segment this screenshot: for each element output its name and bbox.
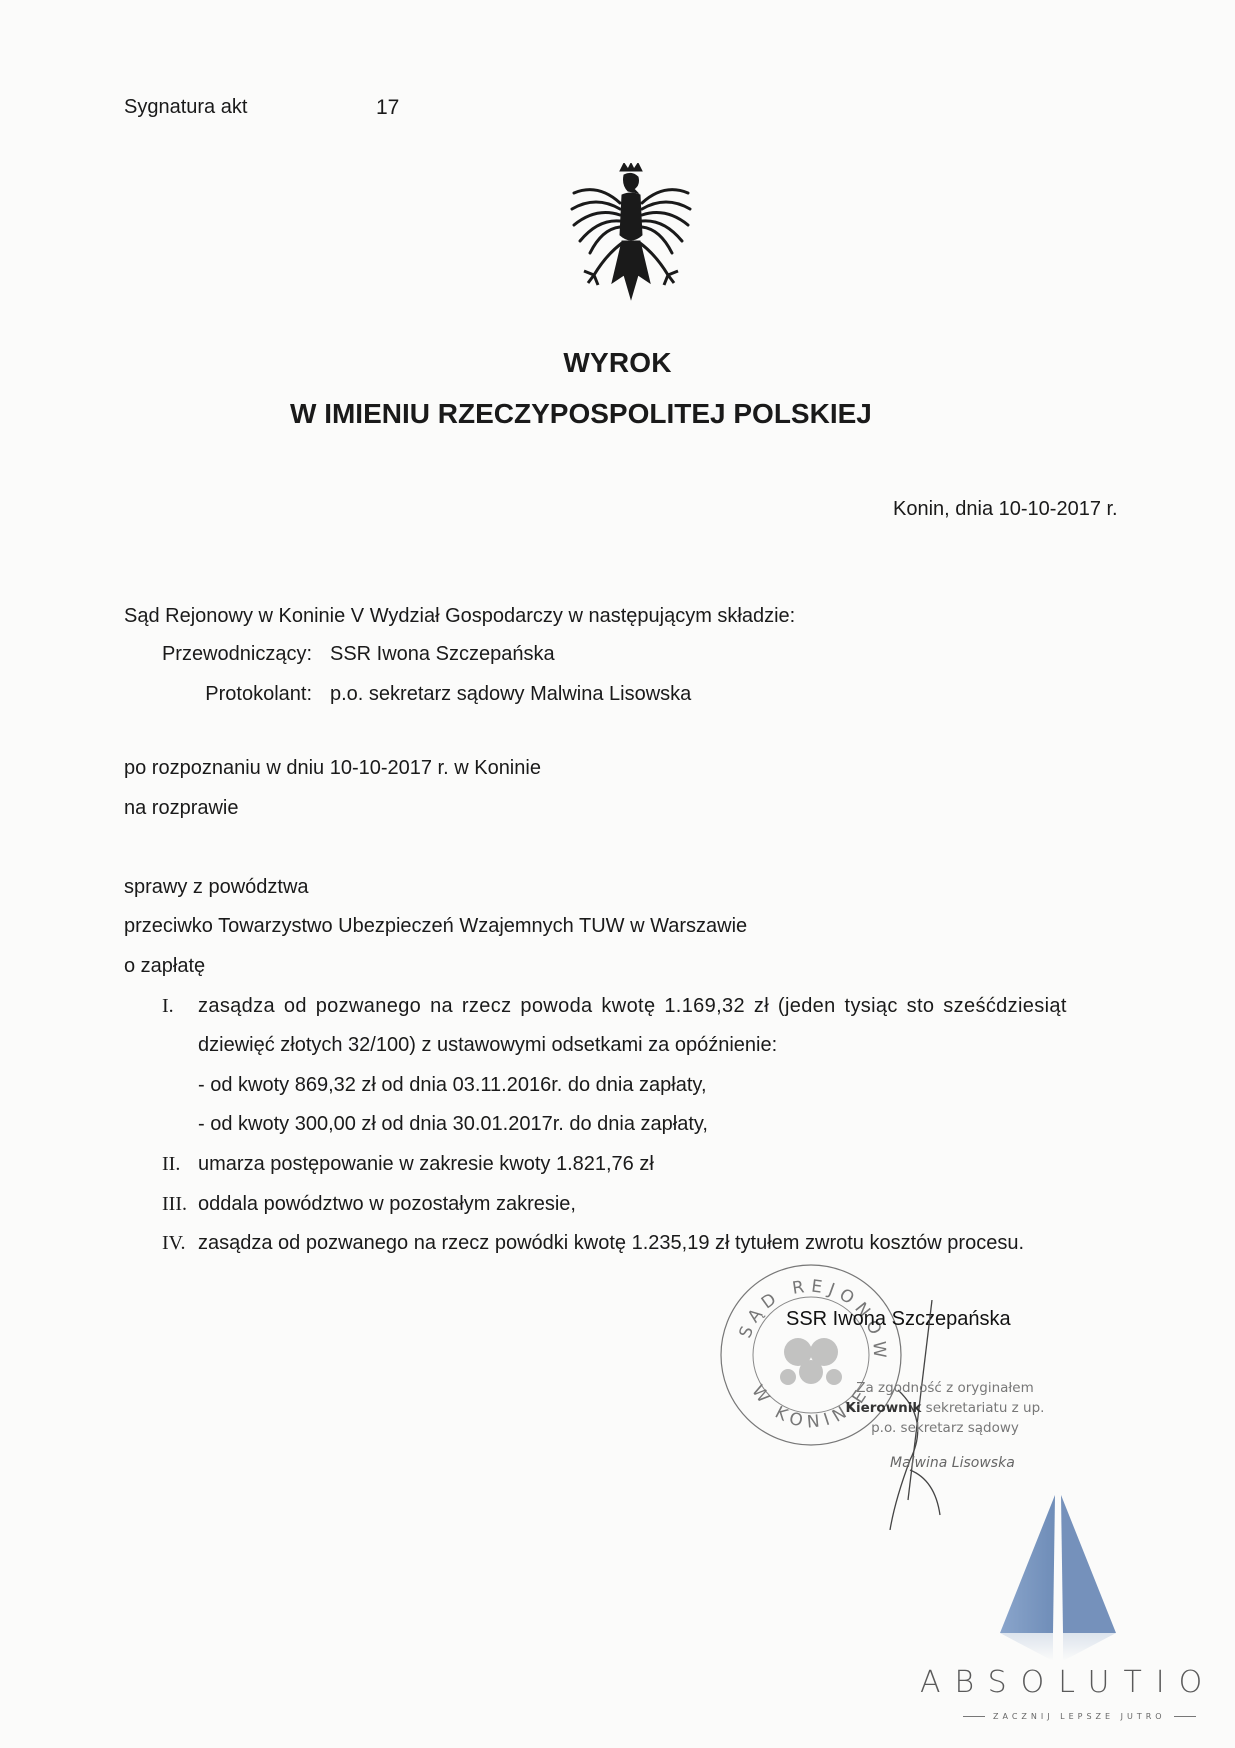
hearing-line: po rozpoznaniu w dniu 10-10-2017 r. w Ko… xyxy=(124,757,541,780)
ruling-text: zasądza od pozwanego na rzecz powódki kw… xyxy=(198,1232,1024,1255)
case-line: przeciwko Towarzystwo Ubezpieczeń Wzajem… xyxy=(124,915,747,938)
chair-value: SSR Iwona Szczepańska xyxy=(330,643,555,666)
logo-wordmark: ABSOLUTIO xyxy=(920,1665,1216,1700)
clerk-value: p.o. sekretarz sądowy Malwina Lisowska xyxy=(330,683,691,706)
ruling-text: umarza postępowanie w zakresie kwoty 1.8… xyxy=(198,1153,654,1176)
ruling-number: III. xyxy=(162,1193,187,1216)
chair-label: Przewodniczący: xyxy=(112,643,312,666)
certification-line: Za zgodność z oryginałem xyxy=(835,1380,1055,1396)
case-line: o zapłatę xyxy=(124,955,205,978)
ruling-text: oddala powództwo w pozostałym zakresie, xyxy=(198,1193,576,1216)
absolutio-logo-icon xyxy=(998,1493,1118,1663)
place-date: Konin, dnia 10-10-2017 r. xyxy=(893,498,1118,521)
cert-bold: Kierownik xyxy=(846,1400,922,1416)
ruling-number: I. xyxy=(162,995,174,1018)
certifier-name: Malwina Lisowska xyxy=(890,1455,1015,1471)
certification-line: p.o. sekretarz sądowy xyxy=(835,1420,1055,1436)
polish-eagle-emblem-icon xyxy=(568,163,694,305)
court-composition: Sąd Rejonowy w Koninie V Wydział Gospoda… xyxy=(124,605,795,628)
signature-label: Sygnatura akt xyxy=(124,96,247,119)
ruling-number: IV. xyxy=(162,1232,186,1255)
signature-number: 17 xyxy=(376,96,399,120)
ruling-text: - od kwoty 300,00 zł od dnia 30.01.2017r… xyxy=(198,1113,708,1136)
ruling-text: - od kwoty 869,32 zł od dnia 03.11.2016r… xyxy=(198,1074,707,1097)
case-line: sprawy z powództwa xyxy=(124,876,309,899)
document-title: WYROK xyxy=(0,347,1235,379)
ruling-text: dziewięć złotych 32/100) z ustawowymi od… xyxy=(198,1034,777,1057)
clerk-label: Protokolant: xyxy=(112,683,312,706)
tagline-text: ZACZNIJ LEPSZE JUTRO xyxy=(993,1712,1166,1721)
logo-tagline: ZACZNIJ LEPSZE JUTRO xyxy=(955,1712,1204,1721)
document-subtitle: W IMIENIU RZECZYPOSPOLITEJ POLSKIEJ xyxy=(290,398,872,430)
ruling-number: II. xyxy=(162,1153,180,1176)
cert-rest: sekretariatu z up. xyxy=(921,1400,1044,1416)
certification-line: Kierownik sekretariatu z up. xyxy=(835,1400,1055,1416)
hearing-line: na rozprawie xyxy=(124,797,239,820)
ruling-text: zasądza od pozwanego na rzecz powoda kwo… xyxy=(198,995,1067,1018)
